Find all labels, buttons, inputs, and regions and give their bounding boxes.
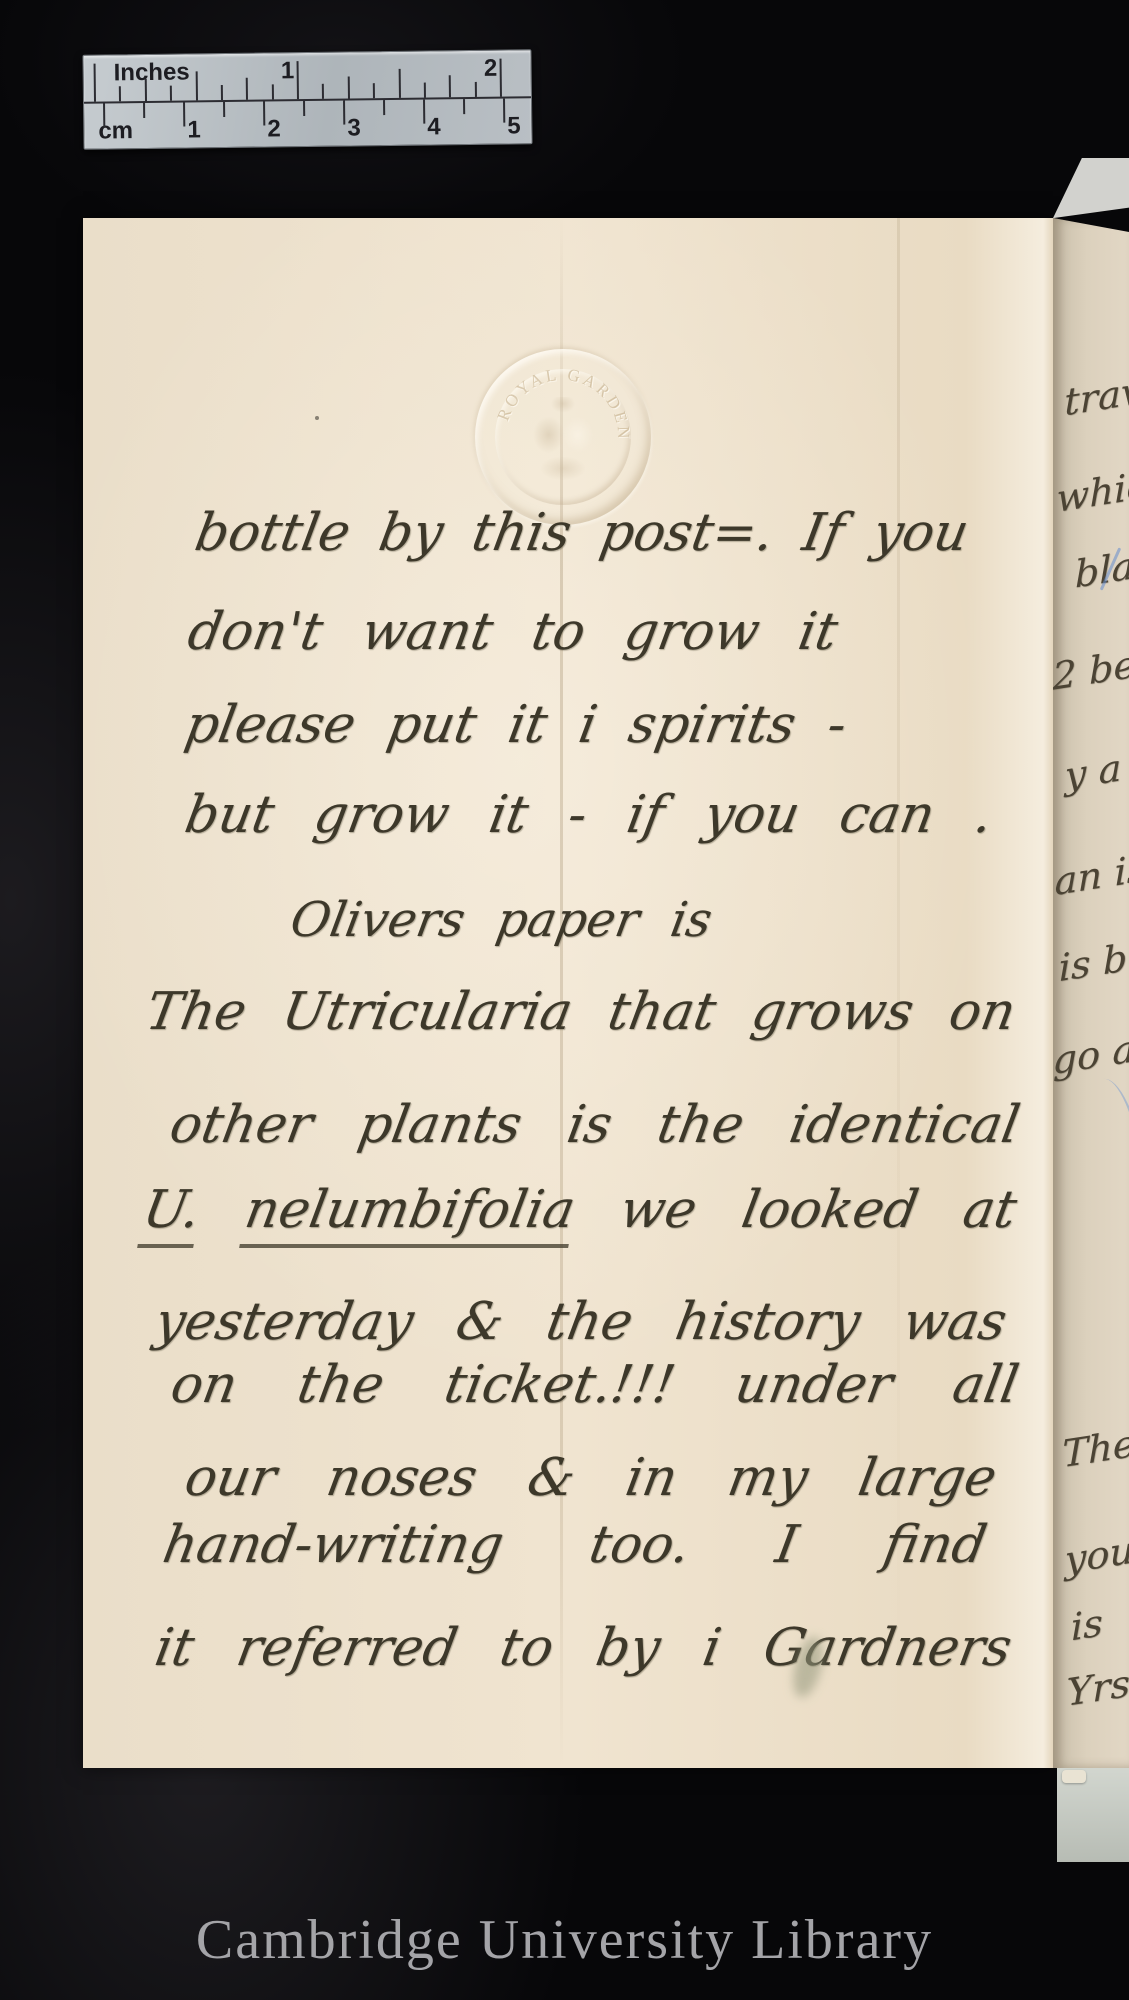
ruler-tick-marks: 1212345 [83, 50, 530, 55]
second-page-edge: travels twhichbla2 becauy a lan isis big… [1053, 218, 1129, 1768]
ruler-tick [263, 102, 265, 126]
ruler-tick [398, 69, 400, 98]
ruler-tick [347, 76, 349, 98]
ruler-inch-number: 1 [281, 57, 295, 85]
handwriting-fragment: Yrs [1066, 1661, 1129, 1714]
cradle-tab [1062, 1770, 1086, 1783]
letter-words: The Utricularia that grows on [142, 982, 1021, 1042]
ruler-inch-number: 2 [484, 55, 498, 83]
svg-text:ROYAL GARDENS KEW: ROYAL GARDENS KEW [475, 349, 634, 443]
letter-words: but grow it - if you can . [181, 785, 998, 845]
ruler-tick [474, 82, 476, 97]
letter-line: on the ticket.!!! under all [166, 1353, 1023, 1418]
ruler-cm-number: 3 [347, 114, 361, 142]
letter-line: our noses & in my large [180, 1446, 1001, 1511]
svg-text:ROYAL GARDENS KEW: ROYAL GARDENS KEW [475, 349, 633, 442]
ruler-tick [423, 100, 425, 124]
ruler-tick [143, 103, 145, 118]
letter-words: on the ticket.!!! under all [167, 1355, 1024, 1415]
blue-pencil-curve [1074, 1075, 1129, 1271]
letter-words: don't want to grow it [184, 602, 843, 662]
ruler-tick [424, 83, 426, 98]
ruler-tick [103, 103, 105, 127]
ruler-tick [503, 99, 505, 123]
letter-page: ROYAL GARDENS KEW ROYAL GARDENS KEW bott… [83, 218, 1053, 1768]
handwriting-fragment: is bi [1058, 934, 1129, 990]
handwriting-fragment: 2 becau [1053, 631, 1129, 698]
letter-line: hand-writing too. I find [158, 1513, 991, 1578]
letter-line: it referred to by i Gardners [150, 1616, 1016, 1681]
handwriting-fragment: an is [1054, 846, 1129, 904]
ruler-tick [383, 100, 385, 115]
letter-words: it referred to by i Gardners [151, 1618, 1017, 1678]
ruler-tick [183, 102, 185, 126]
letter-line: U. nelumbifolia we looked at [138, 1178, 1021, 1243]
ruler-cm-number: 4 [427, 113, 441, 141]
ruler-tick [297, 61, 299, 99]
handwriting-fragment: is [1070, 1601, 1103, 1649]
letter-line: Olivers paper is [286, 890, 717, 950]
letter-words: our noses & in my large [181, 1448, 1002, 1508]
letter-line: bottle by this post=. If you [190, 501, 973, 566]
paper-fleck [315, 416, 319, 420]
letter-words: Olivers paper is [286, 892, 716, 948]
ruler-tick [223, 102, 225, 117]
ruler-cm-number: 5 [507, 112, 521, 140]
letter-words: we looked at [616, 1180, 1022, 1240]
handwriting-fragment: you [1064, 1528, 1129, 1582]
ruler-cm-number: 2 [267, 115, 281, 143]
letter-line: other plants is the identical [165, 1093, 1024, 1158]
letter-words: other plants is the identical [166, 1095, 1025, 1155]
ruler-tick [271, 84, 273, 99]
ruler-tick [94, 64, 96, 102]
handwriting-fragment: travels t [1064, 356, 1129, 424]
library-watermark: Cambridge University Library [0, 1908, 1129, 1972]
ruler-tick [322, 84, 324, 99]
ruler-tick [373, 83, 375, 98]
letter-line: don't want to grow it [183, 600, 842, 665]
ruler-cm-number: 1 [187, 116, 201, 144]
ruler-tick [195, 71, 197, 100]
ruler-tick [500, 59, 502, 97]
ruler-tick [119, 86, 121, 101]
handwriting-fragment: y a l [1064, 742, 1129, 798]
handwriting-fragment: go alo [1053, 1021, 1129, 1083]
handwriting-fragment: The la [1062, 1414, 1129, 1476]
ruler-tick [463, 99, 465, 114]
letter-words: bottle by this post=. If you [191, 503, 974, 563]
ruler-tick [221, 85, 223, 100]
underlined-word: nelumbifolia [239, 1180, 579, 1248]
ruler-inches-label: Inches [113, 58, 189, 87]
ruler-tick [144, 79, 146, 101]
ruler-tick [246, 78, 248, 100]
ruler-tick [303, 101, 305, 116]
underlined-word: U. [137, 1180, 205, 1248]
letter-words: please put it i spirits - [181, 695, 852, 755]
embossed-seal-text: ROYAL GARDENS KEW ROYAL GARDENS KEW [475, 349, 651, 525]
letter-words: hand-writing too. I find [159, 1515, 992, 1575]
letter-line: please put it i spirits - [180, 693, 851, 758]
letter-words: yesterday & the history was [151, 1292, 1012, 1352]
letter-line: The Utricularia that grows on [141, 980, 1020, 1045]
embossed-seal: ROYAL GARDENS KEW ROYAL GARDENS KEW [475, 349, 651, 525]
handwriting-fragment: which [1056, 459, 1129, 520]
measurement-ruler: Inches cm 1212345 [82, 49, 532, 149]
ruler-tick [343, 101, 345, 125]
photo-stage: Inches cm 1212345 ROYAL GARDENS KEW ROYA… [0, 0, 1129, 2000]
ruler-tick [449, 75, 451, 97]
letter-line: yesterday & the history was [150, 1290, 1011, 1355]
letter-line: but grow it - if you can . [180, 783, 997, 848]
ruler-tick [170, 86, 172, 101]
cradle-corner [1053, 158, 1129, 220]
